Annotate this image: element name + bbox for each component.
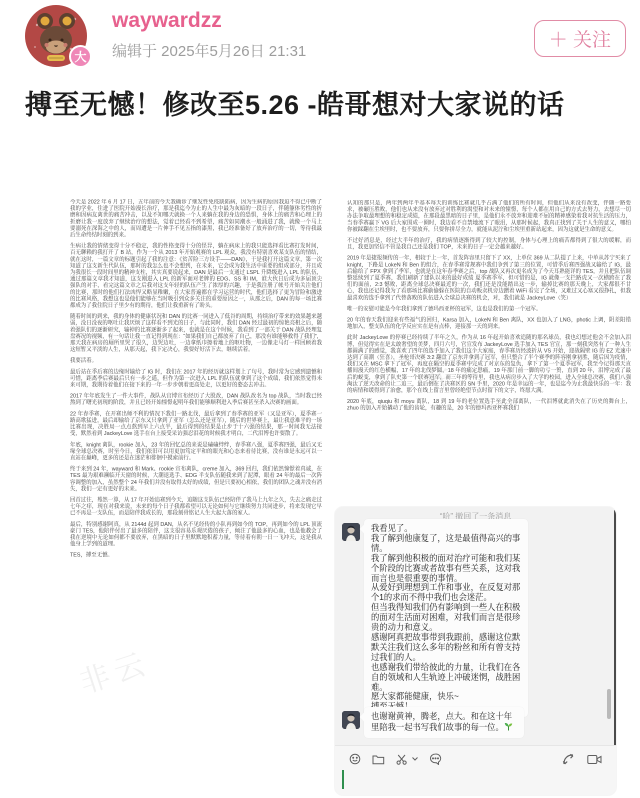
chat-toolbar [349, 752, 602, 766]
post-page: 大 waywardzz 编辑于 2025年5月26日 21:31 ＋ 关注 搏至… [0, 0, 640, 798]
edit-timestamp: 编辑于 2025年5月26日 21:31 [112, 40, 306, 61]
article-paragraph: 我要活着。 [70, 358, 322, 365]
article-paragraph: 随着时间的到来，我的身体的健康状况和 DAN 的比赛一同进入了低谷的周期，持续治… [70, 314, 322, 354]
article-paragraph: 最后，特别感谢阿真，从 2144d 起到 DAN，从名不见经传的小队再到如今的 … [70, 521, 322, 547]
avatar-level-badge: 大 [69, 45, 92, 68]
follow-button[interactable]: ＋ 关注 [534, 20, 626, 57]
article-image-right-column[interactable]: 认知的那只是，两年到两年半基本每天的训练比赛就几乎占满了他们的所有时间，但他们从… [347, 200, 631, 496]
screenshot-scissors-icon [396, 754, 408, 765]
article-paragraph: 不过好消息是，经过大半年的治疗，我的病情逐渐得到了较大的控制，身体与心理上的痛苦… [347, 238, 631, 251]
article-paragraph: 最后站在季后赛的边缘时输给了 IG 时，我们在 2017 年的经历就这样划上了句… [70, 369, 322, 389]
username[interactable]: waywardzz [112, 9, 222, 33]
chat-message-bubble: 也谢谢黄神，腾老，点大。和在这十年里陪我一起书写我们故事的每一位。 [364, 707, 524, 738]
article-paragraph: 2019 年是捷报频传的一年，相较于上一年，首发阵容里只留下了 XX，上单位 3… [347, 255, 631, 301]
article-paragraph: 生病让我的情绪变得十分不稳定，我的性格变得十分的怪异，躺在病床上的我只能选择看比… [70, 243, 322, 309]
chat-message-text: 也谢谢黄神，腾老，点大。和在这十年里陪我一起书写我们故事的每一位。 [371, 711, 512, 732]
article-paragraph: TES，搏至无憾。 [70, 552, 322, 559]
avatar[interactable]: 大 [25, 5, 87, 67]
chat-history-icon [429, 753, 442, 765]
article-paragraph: 此时 JackeyLove 的停赛已经持续了半年之久，作为从 16 年起开始喜欢… [347, 335, 631, 394]
video-call-icon [587, 754, 602, 765]
folder-icon [372, 754, 385, 765]
emoji-icon [349, 753, 361, 765]
article-paragraph: 年底，knight 离队，rookie 加入，23 年的回忆总的来说是磕磕绊绊，… [70, 442, 322, 462]
article-right-text: 认知的那只是，两年到两年半基本每天的训练比赛就几乎占满了他们的所有时间，但他们从… [347, 200, 631, 412]
chat-message-bubble: 我看见了。 我了解到他康复了，这是最值得高兴的事情。 我了解到他积极的面对治疗可… [364, 519, 528, 717]
article-paragraph: 认知的那只是，两年到两年半基本每天的训练比赛就几乎占满了他们的所有时间，但他们从… [347, 200, 631, 233]
chat-screenshot-image[interactable]: “哈” 撤回了一条消息 我看见了。 我了解到他康复了，这是最值得高兴的事情。 我… [335, 507, 616, 795]
seedling-emoji [504, 722, 513, 731]
chat-avatar [342, 523, 360, 541]
article-left-text: 今天是 2022 年 6 月 17 日，五年前的今天我确诊了继发性免疫缺陷病，因… [70, 199, 322, 559]
text-cursor[interactable] [342, 770, 344, 789]
article-image-left-column[interactable]: 今天是 2022 年 6 月 17 日，五年前的今天我确诊了继发性免疫缺陷病，因… [70, 199, 322, 681]
voice-call-icon [562, 753, 575, 766]
article-paragraph: 今天是 2022 年 6 月 17 日，五年前的今天我确诊了继发性免疫缺陷病，因… [70, 199, 322, 239]
article-paragraph: 2017 年年底发生了一件大事件，战队从官博宣布经历了大股改，DAN 战队改名为… [70, 393, 322, 406]
article-paragraph: 22 年春季赛，在开赛出师不利的情况下我们一路北伐，最后拿到了春季赛的亚军（又是… [70, 411, 322, 437]
chat-window-edge [614, 510, 616, 765]
chat-avatar [342, 711, 360, 729]
article-paragraph: 20 年的春天我们迎来有些福气的回归，Karsa 加入，LokeN 和 Ben … [347, 317, 631, 330]
chevron-down-icon [412, 757, 418, 761]
chat-input-panel [335, 745, 616, 795]
post-title: 搏至无憾！修改至5.26 -皓哥想对大家说的话 [25, 86, 610, 124]
article-paragraph: 终于来到 24 年，wayward 和 Mark、rookie 宣布离队，cre… [70, 466, 322, 492]
article-paragraph: 2020 年底，qiuqiu 和 moyu 离队，18 到 19 年的老位置选手… [347, 399, 631, 412]
chat-scrollbar [607, 689, 611, 719]
article-paragraph: 唯一的安慰可能是今年我们拿到了德玛西亚杯的冠军，这也是我们的第一个冠军。 [347, 306, 631, 313]
article-paragraph: 回首过往，蓦然一算，从 17 年开始追赛到今天，追随这支队伍已经陪伴了我马上九年… [70, 497, 322, 517]
